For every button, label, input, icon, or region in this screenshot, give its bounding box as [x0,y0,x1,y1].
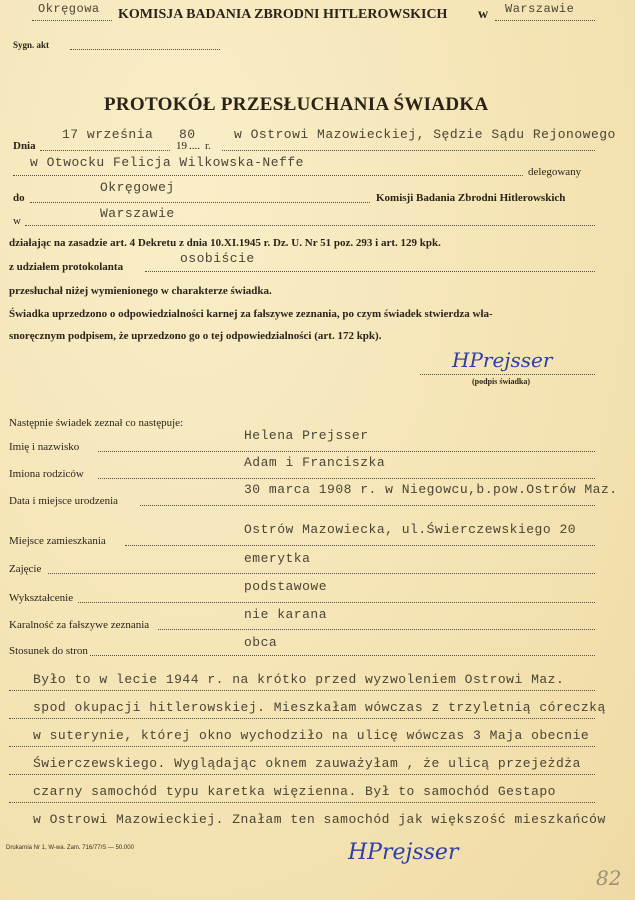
field-line [48,573,595,574]
day-line [40,150,170,151]
signature-caption: (podpis świadka) [472,377,530,386]
in-line [25,225,595,226]
clerk-label: z udziałem protokolanta [9,261,123,273]
printer-info: Drukarnia Nr 1, W-wa. Zam. 716/77/S — 50… [6,845,134,851]
field-line [140,505,595,506]
testimony-rule [9,718,595,719]
field-label: Wykształcenie [9,592,73,604]
questioned-text: przesłuchał niżej wymienionego w charakt… [9,285,272,297]
warning-line-1: Świadka uprzedzono o odpowiedzialności k… [9,308,493,320]
witness-signature: HPrejsser [452,348,552,372]
day-label: Dnia [13,140,36,152]
testimony-line: Świerczewskiego. Wyglądając oknem zauważ… [33,756,581,771]
header-city-line [495,20,595,21]
footer-signature: HPrejsser [348,840,458,865]
page-title: PROTOKÓŁ PRZESŁUCHANIA ŚWIADKA [104,94,489,116]
field-value: obca [244,635,277,650]
judge-value: w Otwocku Felicja Wilkowska-Neffe [30,155,304,170]
testimony-line: Było to w lecie 1944 r. na krótko przed … [33,672,564,687]
judge-line [13,175,523,176]
to-label: do [13,192,25,204]
year-suffix: r. [205,140,211,152]
testimony-rule [9,802,595,803]
field-value: Ostrów Mazowiecka, ul.Świerczewskiego 20 [244,522,576,537]
file-ref-line [70,49,220,50]
clerk-line [145,271,595,272]
field-value: 30 marca 1908 r. w Niegowcu,b.pow.Ostrów… [244,482,618,497]
district-line [32,20,112,21]
header-in-word: w [478,7,488,23]
year-value: 80 [179,127,196,142]
testimony-rule [9,746,595,747]
day-value: 17 września [62,127,153,142]
field-value: Adam i Franciszka [244,455,385,470]
field-label: Imię i nazwisko [9,441,79,453]
commission-label: Komisji Badania Zbrodni Hitlerowskich [376,192,565,204]
in-label: w [13,215,21,227]
testimony-line: w suterynie, której okno wychodziło na u… [33,728,589,743]
delegated-label: delegowany [528,166,581,178]
field-line [158,629,595,630]
field-line [98,451,595,452]
field-line [98,478,595,479]
field-line [78,602,595,603]
district-value: Okręgowa [38,2,100,16]
commission-title: KOMISJA BADANIA ZBRODNI HITLEROWSKICH [118,7,447,23]
file-ref-label: Sygn. akt [13,40,49,50]
page-number: 82 [596,866,621,890]
testimony-line: w Ostrowi Mazowieckiej. Znałam ten samoc… [33,812,606,827]
testimony-rule [9,774,595,775]
testimony-rule [9,690,595,691]
field-value: podstawowe [244,579,327,594]
field-line [125,545,595,546]
warning-line-2: snoręcznym podpisem, że uprzedzono go o … [9,330,381,342]
to-line [30,202,370,203]
clerk-value: osobiście [180,251,255,266]
legal-basis: działając na zasadzie art. 4 Dekretu z d… [9,237,441,249]
field-label: Zajęcie [9,563,41,575]
place-value: w Ostrowi Mazowieckiej, Sędzie Sądu Rejo… [234,127,616,142]
field-line [90,655,595,656]
field-value: Helena Prejsser [244,428,369,443]
signature-line [420,374,595,375]
in-value: Warszawie [100,206,175,221]
field-label: Karalność za fałszywe zeznania [9,619,149,631]
field-label: Imiona rodziców [9,468,84,480]
to-value: Okręgowej [100,180,175,195]
place-line [222,150,595,151]
field-label: Miejsce zamieszkania [9,535,106,547]
testimony-line: czarny samochód typu karetka więzienna. … [33,784,556,799]
field-label: Stosunek do stron [9,645,88,657]
testimony-line: spod okupacji hitlerowskiej. Mieszkałam … [33,700,606,715]
field-label: Data i miejsce urodzenia [9,495,118,507]
field-value: nie karana [244,607,327,622]
witness-intro: Następnie świadek zeznał co następuje: [9,417,183,429]
header-city-value: Warszawie [505,2,574,16]
field-value: emerytka [244,551,310,566]
